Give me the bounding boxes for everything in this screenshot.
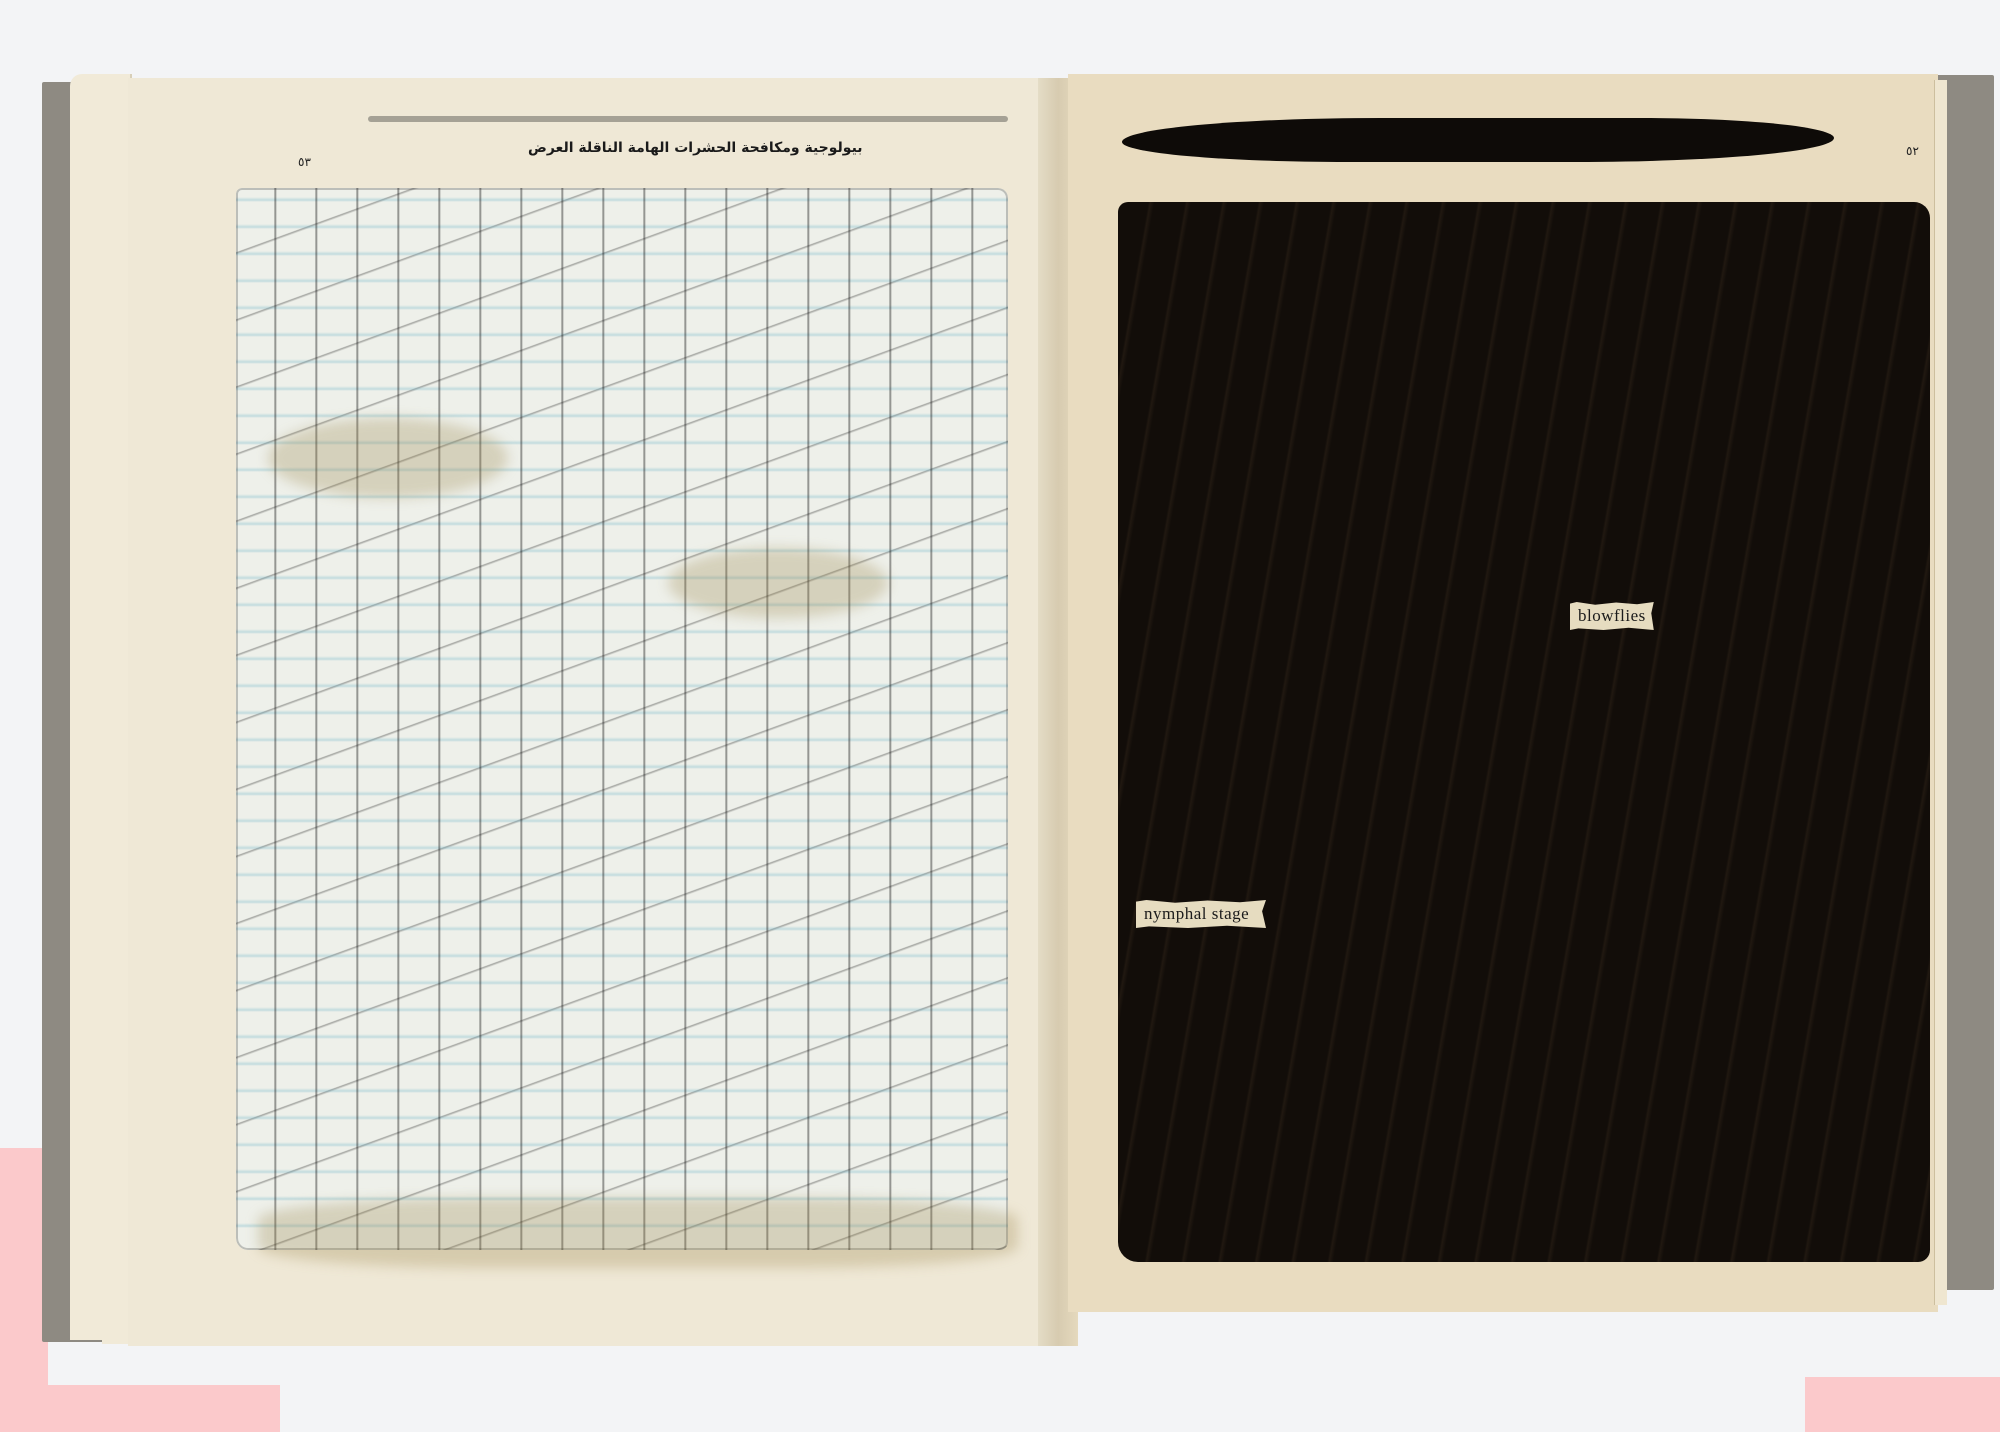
painted-over-text-block	[236, 188, 1008, 1250]
running-header: بيولوجية ومكافحة الحشرات الهامة الناقلة …	[528, 140, 863, 156]
page-edges-right	[1934, 80, 1947, 1305]
sticky-note-bottom-right	[1805, 1377, 2000, 1432]
revealed-word-nymphal-stage: nymphal stage	[1136, 900, 1266, 928]
water-stain	[268, 418, 508, 498]
open-book: ٥٣ بيولوجية ومكافحة الحشرات الهامة الناق…	[38, 70, 1998, 1370]
right-page: ٥٢ blowflies nymphal stage	[1068, 74, 1938, 1312]
revealed-word-blowflies: blowflies	[1570, 602, 1654, 630]
header-smudge	[368, 116, 1008, 122]
water-stain	[668, 548, 888, 618]
left-page: ٥٣ بيولوجية ومكافحة الحشرات الهامة الناق…	[128, 78, 1058, 1346]
page-number-left: ٥٣	[298, 155, 311, 169]
page-number-right: ٥٢	[1906, 144, 1919, 158]
blacked-out-text-block	[1118, 202, 1930, 1262]
black-paint-stroke-header	[1122, 118, 1834, 162]
water-stain	[258, 1198, 1018, 1268]
sticky-note-bottom-left	[48, 1385, 280, 1432]
